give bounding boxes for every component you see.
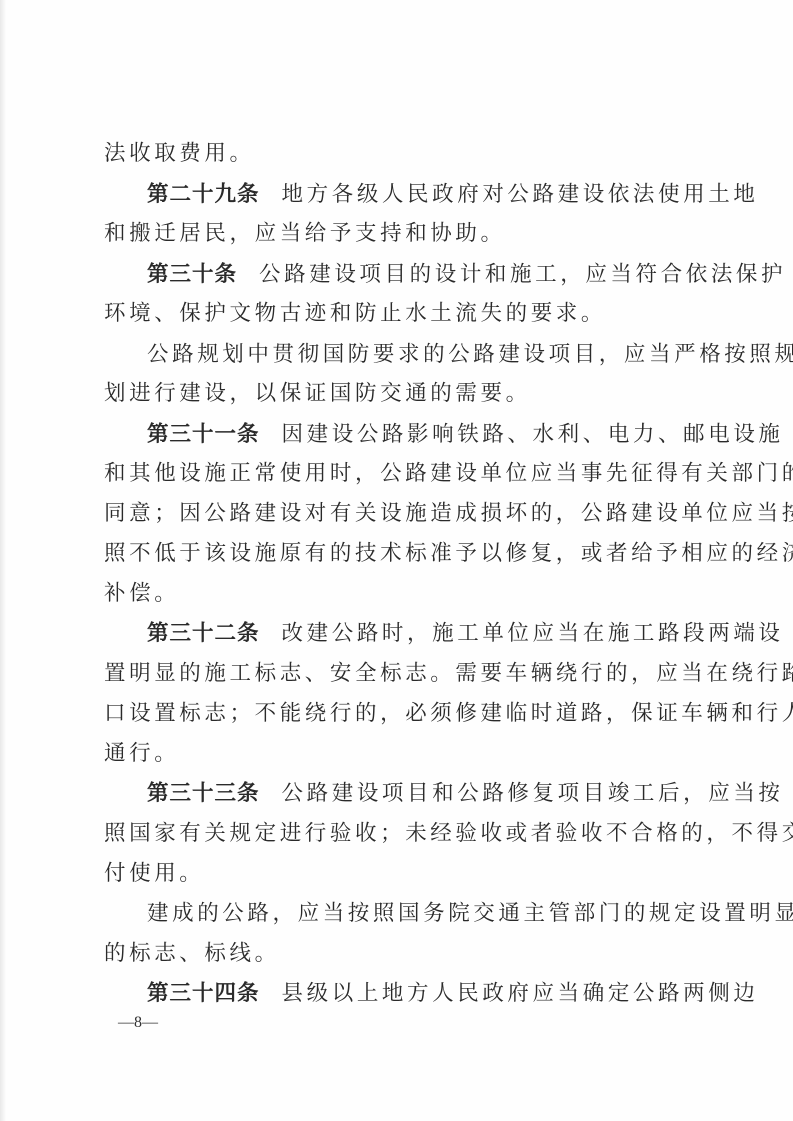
- page-edge-shadow: [0, 0, 6, 1121]
- text-line: 建成的公路，应当按照国务院交通主管部门的规定设置明显: [147, 899, 694, 929]
- text-line: 和搬迁居民，应当给予支持和协助。: [104, 219, 694, 249]
- text-line: 环境、保护文物古迹和防止水土流失的要求。: [104, 299, 694, 329]
- text-line: 补偿。: [104, 579, 694, 609]
- line-text: 照国家有关规定进行验收；未经验收或者验收不合格的，不得交: [104, 821, 793, 846]
- line-text: 照不低于该设施原有的技术标准予以修复，或者给予相应的经济: [104, 541, 793, 566]
- article-heading: 第二十九条: [147, 182, 260, 207]
- line-text: 补偿。: [104, 581, 179, 606]
- article-heading: 第三十一条: [147, 422, 260, 447]
- line-text: 口设置标志；不能绕行的，必须修建临时道路，保证车辆和行人: [104, 701, 793, 726]
- line-text: 县级以上地方人民政府应当确定公路两侧边: [282, 981, 759, 1006]
- article-heading: 第三十二条: [147, 621, 260, 646]
- line-text: 公路规划中贯彻国防要求的公路建设项目，应当严格按照规: [147, 342, 793, 367]
- text-line: 照国家有关规定进行验收；未经验收或者验收不合格的，不得交: [104, 819, 694, 849]
- text-line: 口设置标志；不能绕行的，必须修建临时道路，保证车辆和行人: [104, 699, 694, 729]
- line-text: 公路建设项目的设计和施工，应当符合依法保护: [259, 262, 786, 287]
- document-page: 法收取费用。第二十九条地方各级人民政府对公路建设依法使用土地和搬迁居民，应当给予…: [0, 0, 793, 1121]
- line-text: 法收取费用。: [104, 141, 255, 166]
- line-text: 环境、保护文物古迹和防止水土流失的要求。: [104, 301, 606, 326]
- line-text: 通行。: [104, 741, 179, 766]
- text-line: 同意；因公路建设对有关设施造成损坏的，公路建设单位应当按: [104, 499, 694, 529]
- line-text: 置明显的施工标志、安全标志。需要车辆绕行的，应当在绕行路: [104, 661, 793, 686]
- line-text: 公路建设项目和公路修复项目竣工后，应当按: [282, 781, 784, 806]
- line-text: 和搬迁居民，应当给予支持和协助。: [104, 221, 506, 246]
- line-text: 地方各级人民政府对公路建设依法使用土地: [282, 182, 759, 207]
- text-line: 划进行建设，以保证国防交通的需要。: [104, 379, 694, 409]
- text-line: 公路规划中贯彻国防要求的公路建设项目，应当严格按照规: [147, 340, 694, 370]
- article-heading: 第三十条: [147, 262, 237, 287]
- article-line: 第三十二条改建公路时，施工单位应当在施工路段两端设: [147, 619, 694, 649]
- line-text: 和其他设施正常使用时，公路建设单位应当事先征得有关部门的: [104, 461, 793, 486]
- text-line: 法收取费用。: [104, 139, 694, 169]
- article-line: 第三十三条公路建设项目和公路修复项目竣工后，应当按: [147, 779, 694, 809]
- article-heading: 第三十三条: [147, 781, 260, 806]
- line-text: 因建设公路影响铁路、水利、电力、邮电设施: [282, 422, 784, 447]
- article-line: 第三十一条因建设公路影响铁路、水利、电力、邮电设施: [147, 420, 694, 450]
- text-line: 和其他设施正常使用时，公路建设单位应当事先征得有关部门的: [104, 459, 694, 489]
- line-text: 的标志、标线。: [104, 941, 280, 966]
- article-line: 第三十四条县级以上地方人民政府应当确定公路两侧边: [147, 979, 694, 1009]
- text-line: 通行。: [104, 739, 694, 769]
- text-line: 置明显的施工标志、安全标志。需要车辆绕行的，应当在绕行路: [104, 659, 694, 689]
- text-line: 付使用。: [104, 859, 694, 889]
- page-number: —8—: [118, 1014, 158, 1032]
- article-line: 第二十九条地方各级人民政府对公路建设依法使用土地: [147, 180, 694, 210]
- line-text: 同意；因公路建设对有关设施造成损坏的，公路建设单位应当按: [104, 501, 793, 526]
- article-heading: 第三十四条: [147, 981, 260, 1006]
- line-text: 改建公路时，施工单位应当在施工路段两端设: [282, 621, 784, 646]
- line-text: 划进行建设，以保证国防交通的需要。: [104, 381, 531, 406]
- article-line: 第三十条公路建设项目的设计和施工，应当符合依法保护: [147, 260, 694, 290]
- line-text: 建成的公路，应当按照国务院交通主管部门的规定设置明显: [147, 901, 793, 926]
- text-line: 照不低于该设施原有的技术标准予以修复，或者给予相应的经济: [104, 539, 694, 569]
- line-text: 付使用。: [104, 861, 204, 886]
- text-line: 的标志、标线。: [104, 939, 694, 969]
